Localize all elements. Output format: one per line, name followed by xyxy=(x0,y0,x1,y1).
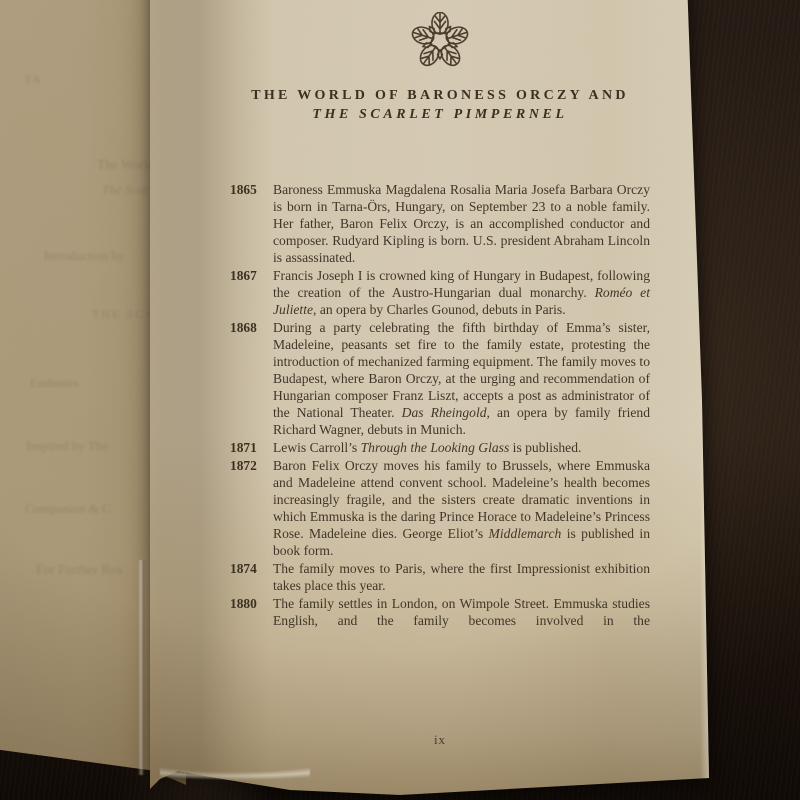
timeline-year: 1872 xyxy=(230,457,260,559)
timeline-year: 1874 xyxy=(230,560,260,594)
timeline-entry: 1880The family settles in London, on Wim… xyxy=(230,595,650,629)
page-curl-highlight xyxy=(160,764,310,780)
timeline-year: 1880 xyxy=(230,595,260,629)
timeline-year: 1871 xyxy=(230,439,260,456)
timeline-year: 1865 xyxy=(230,181,260,266)
timeline-entry: 1874The family moves to Paris, where the… xyxy=(230,560,650,594)
timeline: 1865Baroness Emmuska Magdalena Rosalia M… xyxy=(230,181,650,629)
timeline-year: 1867 xyxy=(230,267,260,318)
timeline-text: Francis Joseph I is crowned king of Hung… xyxy=(273,267,650,318)
timeline-entry: 1872Baron Felix Orczy moves his family t… xyxy=(230,457,650,559)
page-number: ix xyxy=(434,732,446,747)
timeline-text: Baron Felix Orczy moves his family to Br… xyxy=(273,457,650,559)
page-title-line1: THE WORLD OF BARONESS ORCZY AND xyxy=(230,87,650,105)
pimpernel-flower-icon xyxy=(411,12,469,70)
timeline-text: The family settles in London, on Wimpole… xyxy=(273,595,650,629)
timeline-year: 1868 xyxy=(230,319,260,438)
timeline-text: The family moves to Paris, where the fir… xyxy=(273,560,650,594)
timeline-entry: 1871Lewis Carroll’s Through the Looking … xyxy=(230,439,650,456)
page-title-line2: THE SCARLET PIMPERNEL xyxy=(230,105,650,124)
timeline-text: Baroness Emmuska Magdalena Rosalia Maria… xyxy=(273,181,650,266)
timeline-text: During a party celebrating the fifth bir… xyxy=(273,319,650,438)
book-photo: TAThe World of BaThe Scarlet PimpeIntrod… xyxy=(0,0,800,800)
timeline-entry: 1867Francis Joseph I is crowned king of … xyxy=(230,267,650,318)
page-content: THE WORLD OF BARONESS ORCZY AND THE SCAR… xyxy=(230,0,650,630)
timeline-entry: 1868During a party celebrating the fifth… xyxy=(230,319,650,438)
timeline-entry: 1865Baroness Emmuska Magdalena Rosalia M… xyxy=(230,181,650,266)
timeline-text: Lewis Carroll’s Through the Looking Glas… xyxy=(273,439,650,456)
